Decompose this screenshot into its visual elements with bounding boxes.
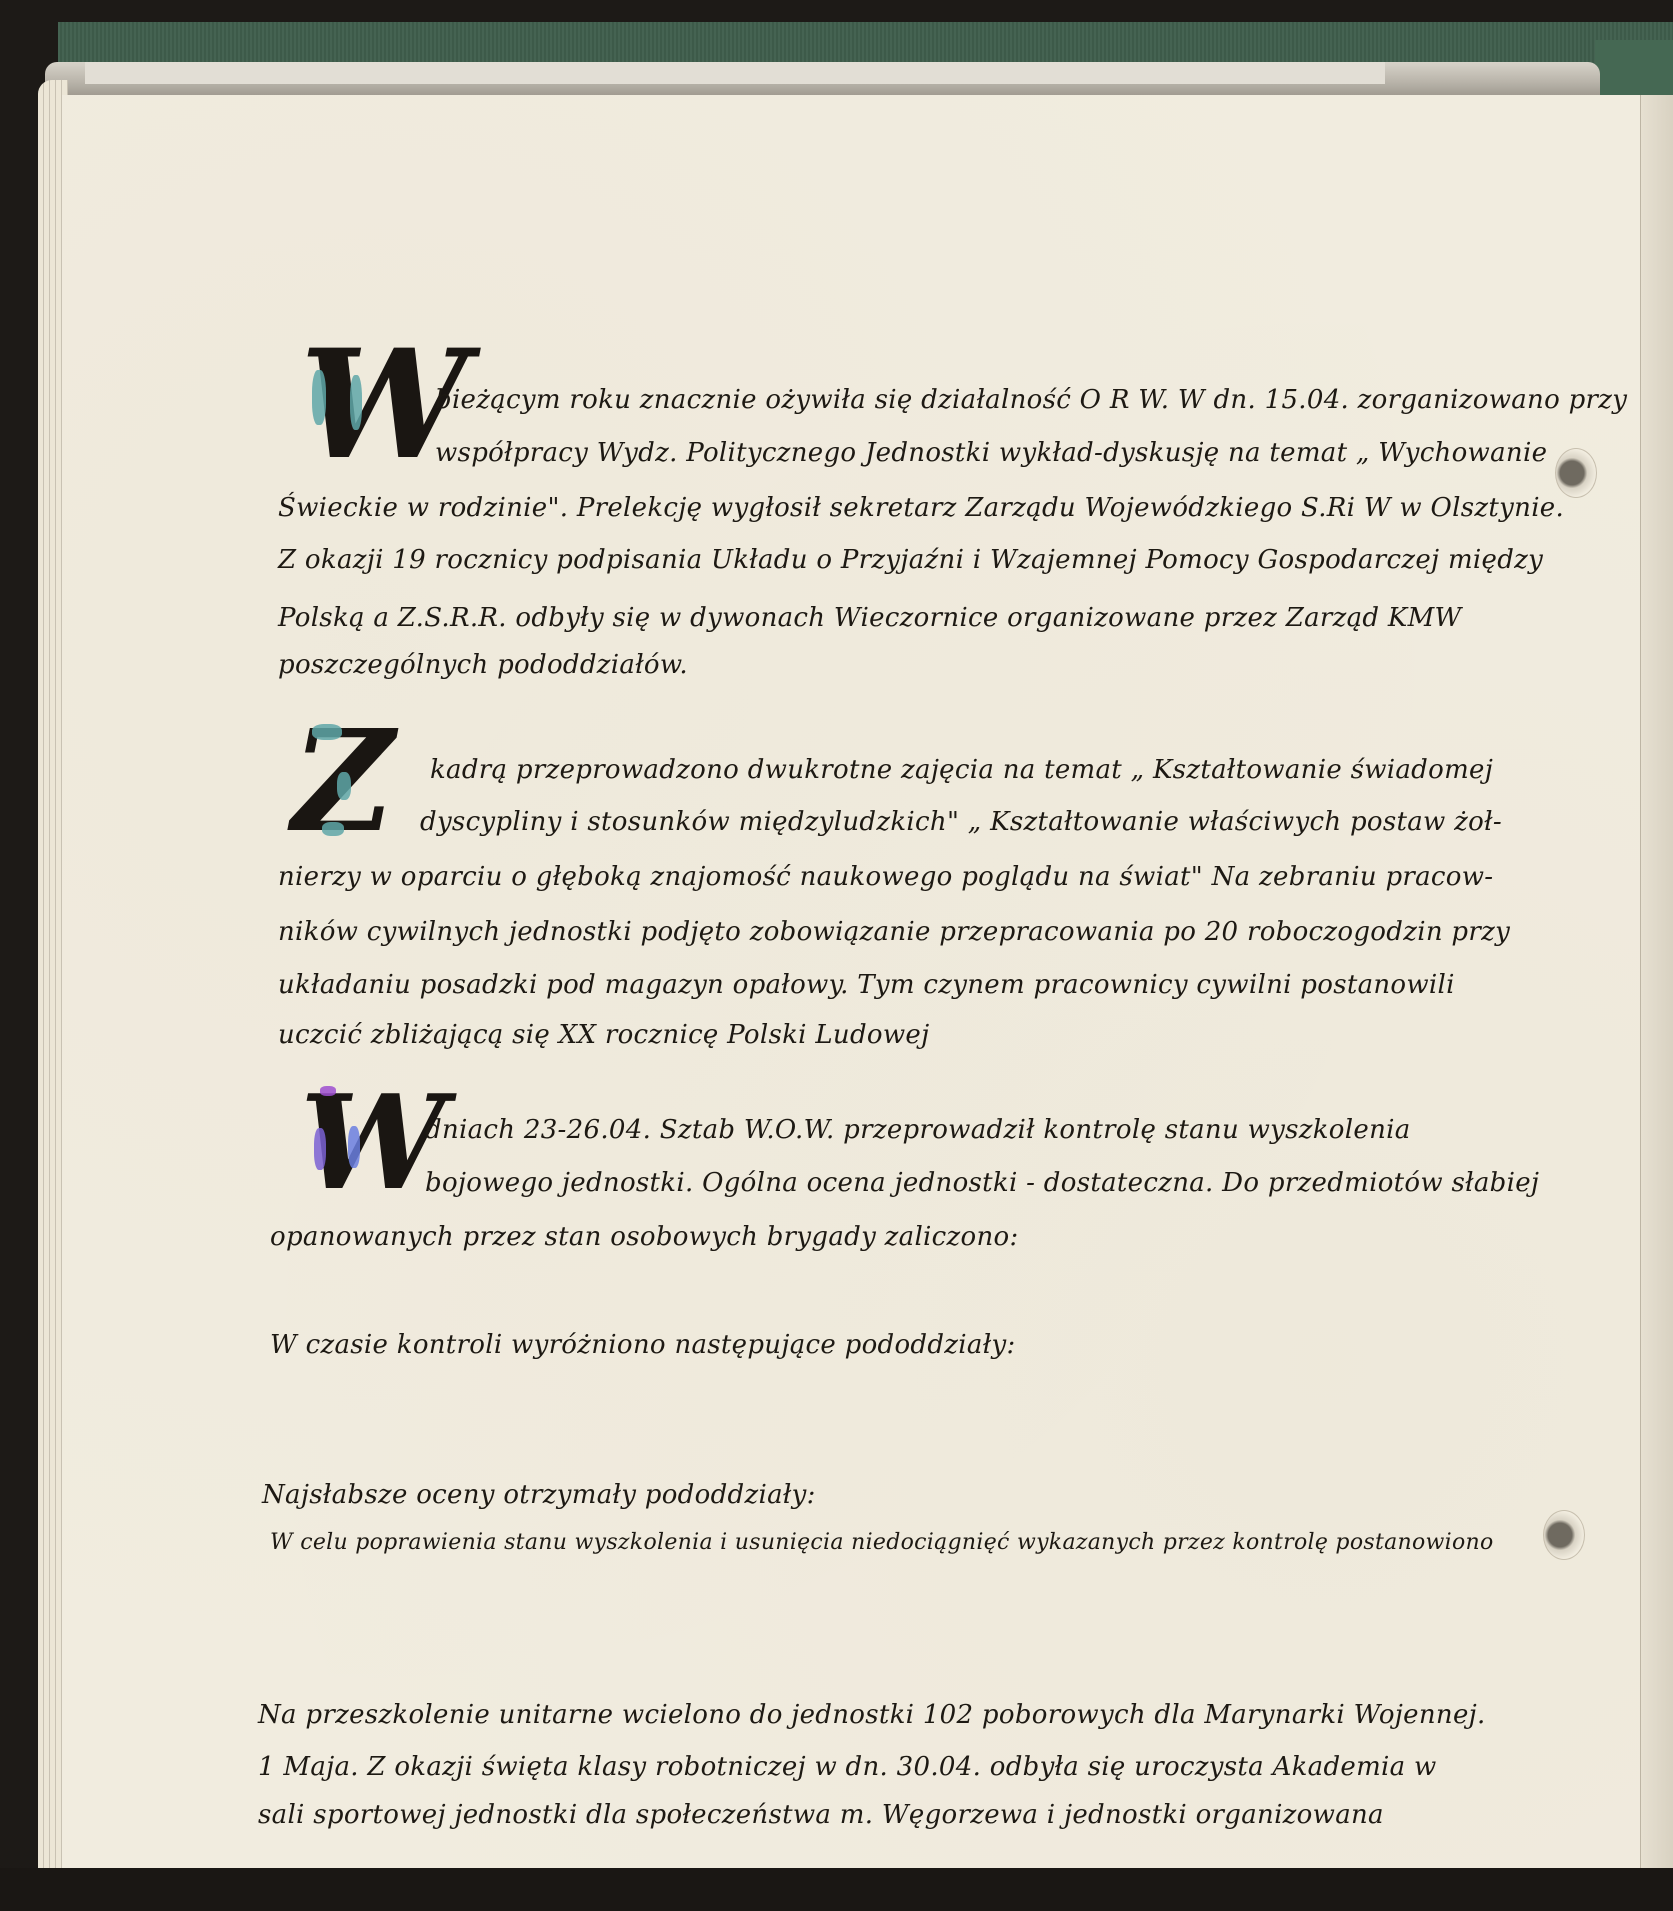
text-line: Na przeszkolenie unitarne wcielono do je…: [258, 1700, 1486, 1730]
text-line: układaniu posadzki pod magazyn opałowy. …: [278, 970, 1455, 1000]
illuminated-initial-z: Z: [292, 712, 394, 852]
text-line: bojowego jednostki. Ogólna ocena jednost…: [425, 1168, 1539, 1198]
loose-sheet-edge: [85, 62, 1385, 84]
text-line: uczcić zbliżającą się XX rocznicę Polski…: [278, 1020, 929, 1050]
initial-accent: [312, 724, 342, 740]
text-line: 1 Maja. Z okazji święta klasy robotnicze…: [258, 1752, 1437, 1782]
text-line: nierzy w oparciu o głęboką znajomość nau…: [278, 862, 1493, 892]
text-line: ników cywilnych jednostki podjęto zobowi…: [278, 917, 1510, 947]
text-line: W celu poprawienia stanu wyszkolenia i u…: [270, 1530, 1494, 1555]
text-line: kadrą przeprowadzono dwukrotne zajęcia n…: [430, 755, 1493, 785]
text-line: Świeckie w rodzinie". Prelekcję wygłosił…: [278, 493, 1564, 523]
scan-background-bottom: [0, 1868, 1673, 1911]
initial-accent: [348, 1126, 360, 1168]
page-binding-fold: [1640, 95, 1673, 1911]
document-page: [62, 95, 1642, 1911]
text-line: Z okazji 19 rocznicy podpisania Układu o…: [278, 545, 1543, 575]
initial-accent: [322, 822, 344, 836]
text-line: sali sportowej jednostki dla społeczeńst…: [258, 1800, 1384, 1830]
initial-accent: [350, 375, 362, 430]
punch-hole-icon: [1543, 1510, 1585, 1560]
text-line: współpracy Wydz. Politycznego Jednostki …: [435, 438, 1547, 468]
initial-accent: [312, 370, 326, 425]
text-line: dyscypliny i stosunków międzyludzkich" „…: [420, 807, 1502, 837]
text-line: opanowanych przez stan osobowych brygady…: [270, 1222, 1019, 1252]
initial-accent: [320, 1086, 336, 1096]
initial-accent: [314, 1128, 326, 1170]
punch-hole-icon: [1555, 448, 1597, 498]
text-line: Najsłabsze oceny otrzymały pododdziały:: [262, 1480, 816, 1510]
text-line: poszczególnych pododdziałów.: [278, 650, 688, 680]
text-line: bieżącym roku znacznie ożywiła się dział…: [435, 385, 1627, 415]
text-line: W czasie kontroli wyróżniono następujące…: [270, 1330, 1016, 1360]
text-line: Polską a Z.S.R.R. odbyły się w dywonach …: [278, 603, 1462, 633]
text-line: dniach 23-26.04. Sztab W.O.W. przeprowad…: [425, 1115, 1411, 1145]
initial-accent: [337, 772, 351, 800]
